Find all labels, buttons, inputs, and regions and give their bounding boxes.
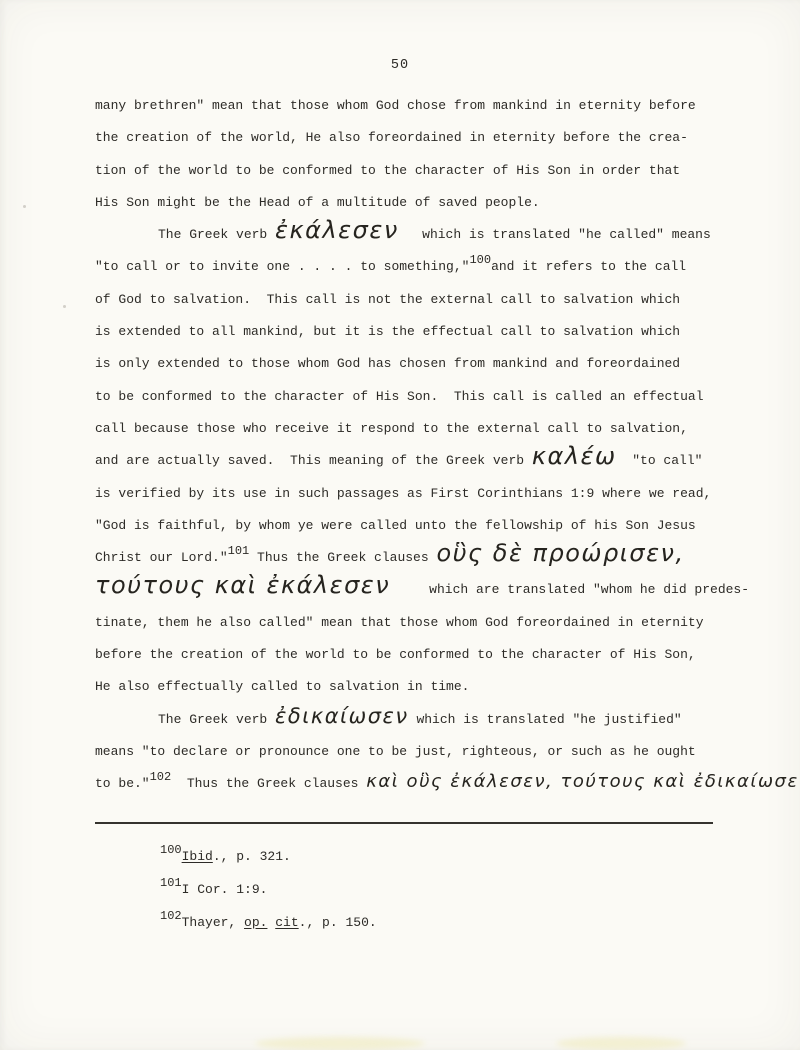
text-run: is verified by its use in such passages …	[95, 486, 711, 501]
text-run: He also effectually called to salvation …	[95, 679, 469, 694]
handwritten-greek: τούτους καὶ ἐκάλεσεν	[95, 571, 390, 599]
footnote-number: 101	[160, 883, 182, 884]
page-number: 50	[0, 58, 800, 73]
text-run: many brethren" mean that those whom God …	[95, 98, 696, 113]
underlined-text: Ibid	[182, 849, 213, 864]
text-run: "to call"	[617, 453, 703, 468]
text-run: which is translated "he justified"	[409, 712, 682, 727]
text-run: His Son might be the Head of a multitude…	[95, 195, 540, 210]
text-line: of God to salvation. This call is not th…	[95, 284, 775, 316]
text-run: and it refers to the call	[491, 259, 686, 274]
footnote-separator-rule	[95, 822, 713, 824]
text-run: is only extended to those whom God has c…	[95, 356, 680, 371]
text-line: is only extended to those whom God has c…	[95, 348, 775, 380]
text-run: before the creation of the world to be c…	[95, 647, 696, 662]
text-line: His Son might be the Head of a multitude…	[95, 187, 775, 219]
footnote-number: 100	[160, 850, 182, 851]
footnotes: 100Ibid., p. 321.101I Cor. 1:9.102Thayer…	[160, 840, 377, 939]
text-line: to be conformed to the character of His …	[95, 381, 775, 413]
text-run: which are translated "whom he did predes…	[390, 582, 749, 597]
scan-speck	[63, 305, 66, 308]
text-run: to be conformed to the character of His …	[95, 389, 704, 404]
text-line: tinate, them he also called" mean that t…	[95, 607, 775, 639]
text-run: Thus the Greek clauses	[171, 776, 366, 791]
handwritten-greek: ἐκάλεσεν	[275, 216, 399, 244]
text-run: I Cor. 1:9.	[182, 882, 268, 897]
text-line: He also effectually called to salvation …	[95, 671, 775, 703]
scan-artifact	[556, 1037, 686, 1050]
text-run: means "to declare or pronounce one to be…	[95, 744, 696, 759]
text-line: The Greek verb ἐδικαίωσεν which is trans…	[95, 704, 775, 736]
text-run: call because those who receive it respon…	[95, 421, 688, 436]
footnote-ref: 101	[228, 551, 250, 552]
footnote-ref: 102	[150, 777, 172, 778]
text-line: and are actually saved. This meaning of …	[95, 445, 775, 477]
text-line: the creation of the world, He also foreo…	[95, 122, 775, 154]
text-line: "God is faithful, by whom ye were called…	[95, 510, 775, 542]
text-run: and are actually saved. This meaning of …	[95, 453, 532, 468]
text-line: "to call or to invite one . . . . to som…	[95, 251, 775, 283]
handwritten-greek: οὓς δὲ προώρισεν,	[436, 539, 684, 567]
text-line: is verified by its use in such passages …	[95, 478, 775, 510]
scan-artifact	[255, 1037, 425, 1050]
text-run: The Greek verb	[158, 227, 275, 242]
text-run: "God is faithful, by whom ye were called…	[95, 518, 696, 533]
underlined-text: op.	[244, 915, 267, 930]
body-lines: many brethren" mean that those whom God …	[95, 90, 775, 801]
footnote: 102Thayer, op. cit., p. 150.	[160, 906, 377, 939]
text-run: Christ our Lord."	[95, 550, 228, 565]
handwritten-greek: ἐδικαίωσεν	[275, 704, 409, 728]
text-run: Thayer,	[182, 915, 244, 930]
text-run: tion of the world to be conformed to the…	[95, 163, 680, 178]
footnote-number: 102	[160, 916, 182, 917]
text-run: tinate, them he also called" mean that t…	[95, 615, 704, 630]
text-line: The Greek verb ἐκάλεσεν which is transla…	[95, 219, 775, 251]
text-line: means "to declare or pronounce one to be…	[95, 736, 775, 768]
footnote: 101I Cor. 1:9.	[160, 873, 377, 906]
handwritten-greek: καὶ οὓς ἐκάλεσεν, τούτους καὶ ἐδικαίωσεν	[366, 771, 800, 792]
text-run: "to call or to invite one . . . . to som…	[95, 259, 469, 274]
text-run: is extended to all mankind, but it is th…	[95, 324, 680, 339]
handwritten-greek: καλέω	[532, 442, 617, 470]
text-line: before the creation of the world to be c…	[95, 639, 775, 671]
text-line: to be."102 Thus the Greek clauses καὶ οὓ…	[95, 768, 775, 800]
text-run: to be."	[95, 776, 150, 791]
underlined-text: cit	[275, 915, 298, 930]
text-line: many brethren" mean that those whom God …	[95, 90, 775, 122]
document-page: 50 many brethren" mean that those whom G…	[0, 0, 800, 1050]
text-run: Thus the Greek clauses	[249, 550, 436, 565]
text-run: The Greek verb	[158, 712, 275, 727]
footnote: 100Ibid., p. 321.	[160, 840, 377, 873]
text-line: tion of the world to be conformed to the…	[95, 155, 775, 187]
text-run: of God to salvation. This call is not th…	[95, 292, 680, 307]
text-line: call because those who receive it respon…	[95, 413, 775, 445]
text-line: is extended to all mankind, but it is th…	[95, 316, 775, 348]
text-run: which is translated "he called" means	[399, 227, 711, 242]
text-run: ., p. 150.	[299, 915, 377, 930]
text-run: the creation of the world, He also foreo…	[95, 130, 688, 145]
footnote-ref: 100	[469, 260, 491, 261]
text-run: ., p. 321.	[213, 849, 291, 864]
scan-speck	[23, 205, 26, 208]
text-line: τούτους καὶ ἐκάλεσεν which are translate…	[95, 574, 775, 606]
text-line: Christ our Lord."101 Thus the Greek clau…	[95, 542, 775, 574]
